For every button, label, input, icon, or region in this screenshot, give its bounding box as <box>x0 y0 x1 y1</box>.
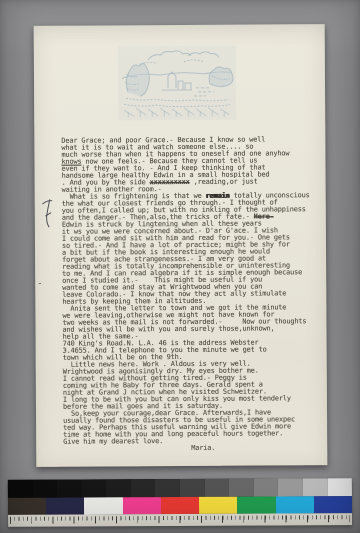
letter-paper: Dear Grace; and poor Grace.- Because I k… <box>34 24 328 467</box>
color-calibration-strip <box>8 478 352 527</box>
handwritten-margin-dash: - <box>37 282 45 286</box>
color-patch-white <box>84 497 122 514</box>
photograph-of-letter: Dear Grace; and poor Grace.- Because I k… <box>0 0 360 533</box>
letter-text: ,reading,or just <box>190 178 258 186</box>
gray-step <box>229 479 254 497</box>
grayscale-step-wedge <box>8 478 352 498</box>
gray-step <box>327 478 352 496</box>
gray-step <box>205 479 230 497</box>
gray-step <box>131 479 156 497</box>
handwritten-margin-check-mark <box>41 198 57 228</box>
color-patch-magenta <box>123 497 161 514</box>
letter-line: Maria. <box>63 444 321 453</box>
gray-step <box>155 479 180 497</box>
letter-body-text: Dear Grace; and poor Grace.- Because I k… <box>61 136 321 453</box>
color-patch-red <box>161 497 199 514</box>
gray-step <box>32 480 57 498</box>
color-patch-row <box>8 496 352 515</box>
ruler-strip <box>8 513 352 527</box>
color-patch-green <box>237 496 275 513</box>
gray-step <box>57 480 82 498</box>
gray-step <box>278 478 303 496</box>
landscape-engraving-icon <box>118 46 236 121</box>
gray-step <box>303 478 328 496</box>
gray-step <box>8 480 33 498</box>
gray-step <box>254 478 279 496</box>
color-patch-black-brown <box>8 498 46 515</box>
color-patch-blue <box>314 496 352 513</box>
color-patch-cyan <box>276 496 314 513</box>
pastoral-landscape-engraving <box>118 46 236 121</box>
color-patch-navy <box>46 498 84 515</box>
color-patch-yellow <box>199 497 237 514</box>
gray-step <box>82 479 107 497</box>
gray-step <box>106 479 131 497</box>
gray-step <box>180 479 205 497</box>
letter-text: Maria. <box>63 444 215 453</box>
